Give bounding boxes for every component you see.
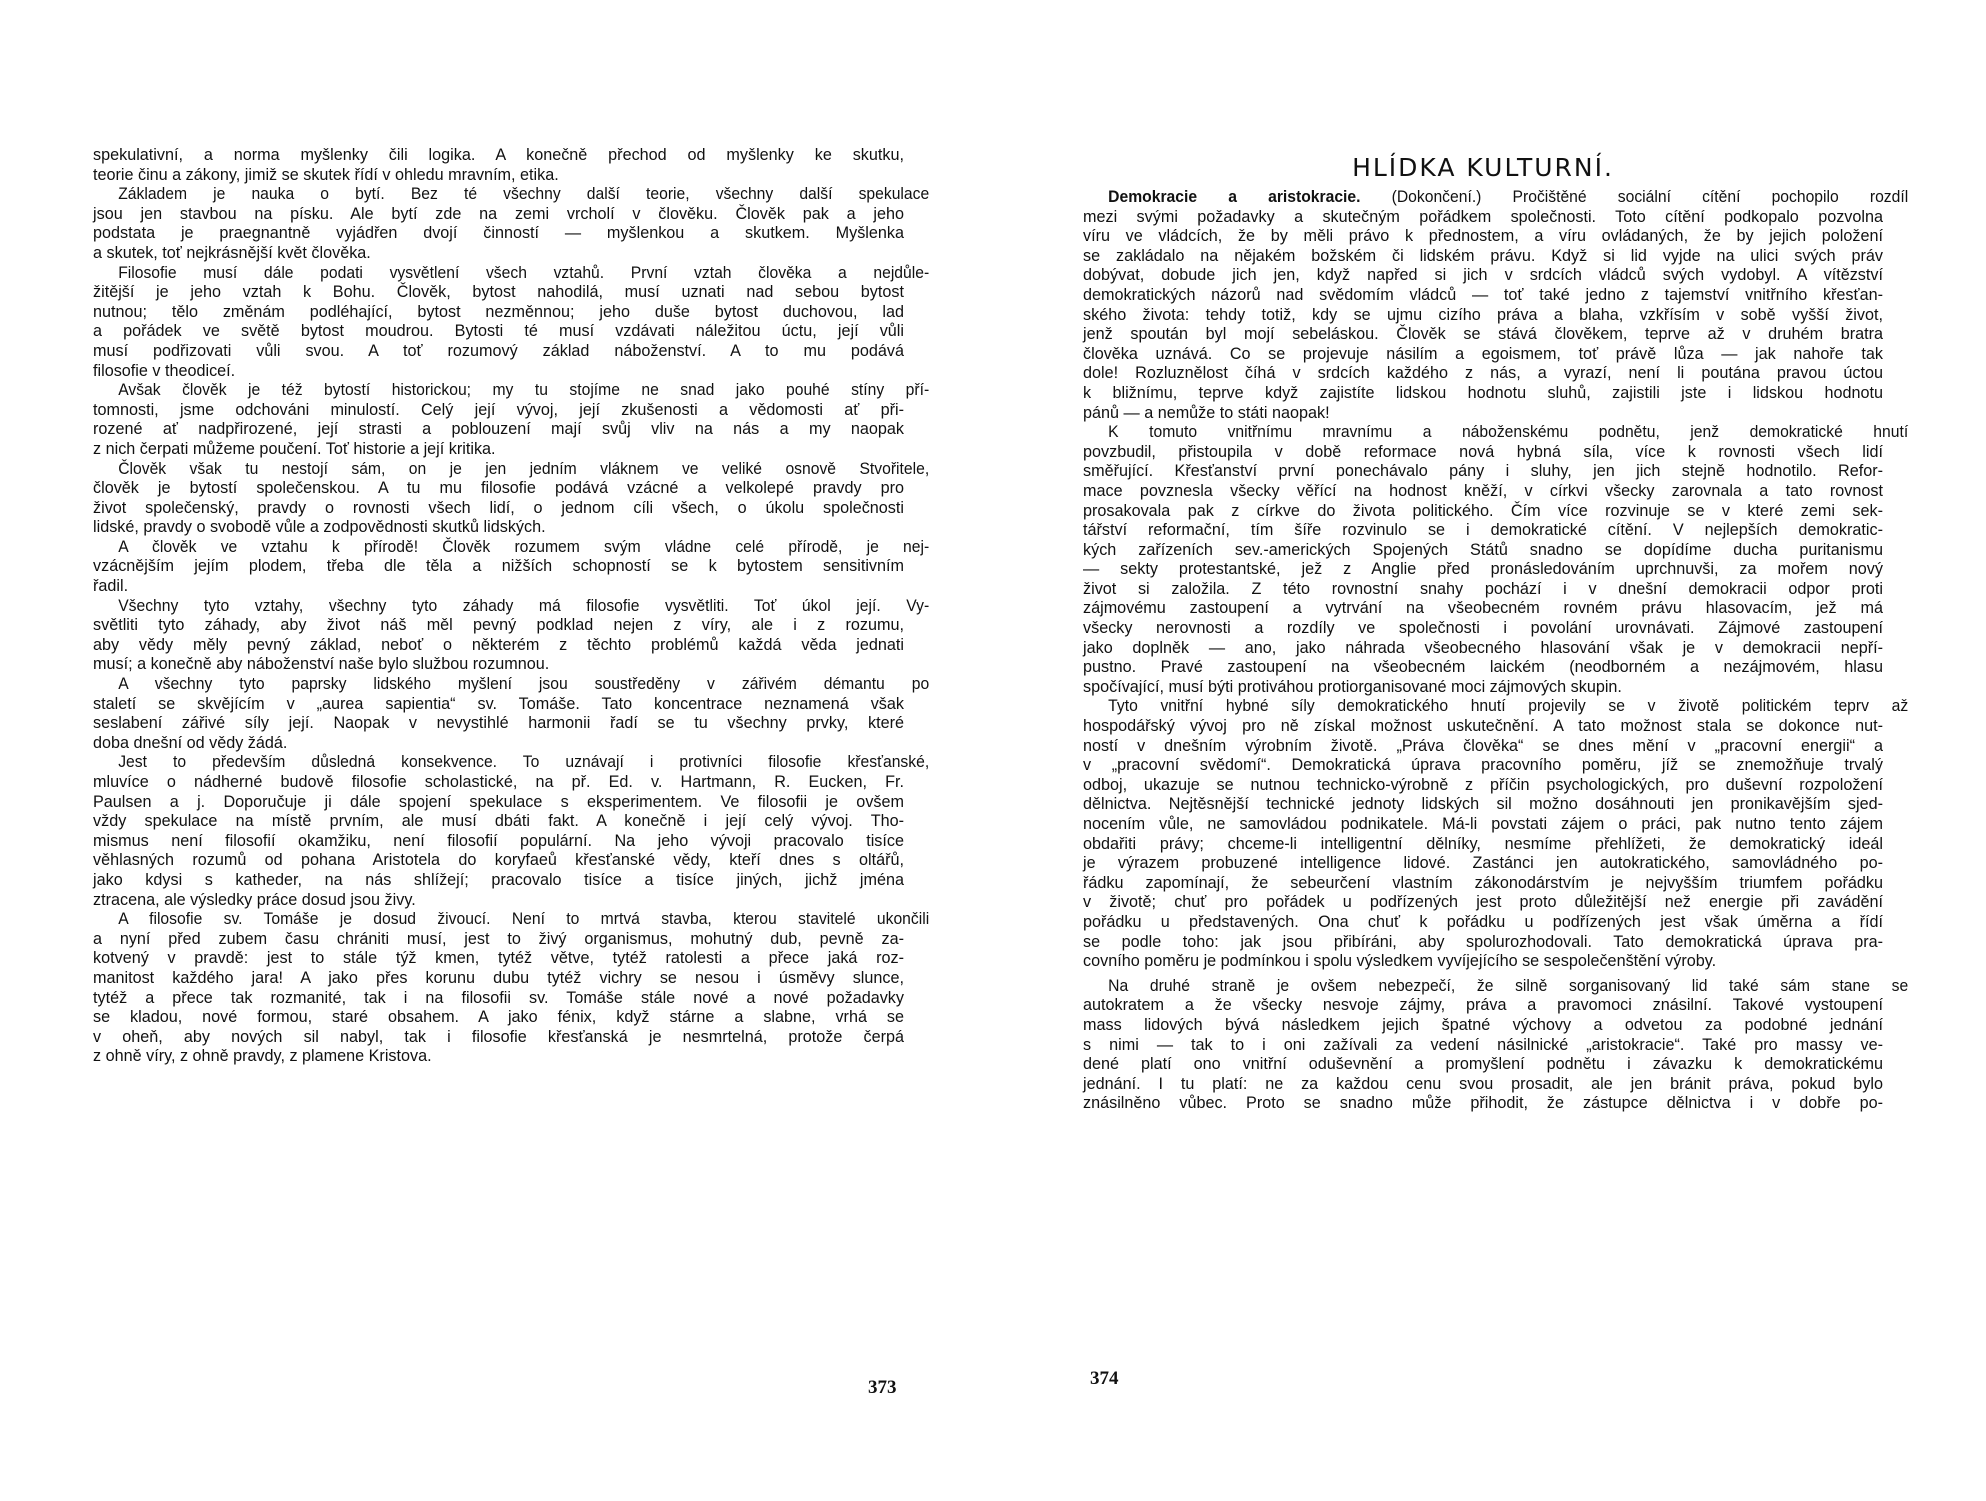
text-line: tářství reformační, tím šíře rozvinulo s… [1083, 521, 1883, 541]
text-line: život si založila. Z této rovnostní snah… [1083, 580, 1883, 600]
text-line: lidské, pravdy o svobodě vůle a zodpověd… [93, 518, 904, 538]
text-line: zájmovému zastoupení a vytrvání na všeob… [1083, 599, 1883, 619]
text-line: manitost každého jara! A jako přes korun… [93, 969, 904, 989]
text-line: věhlasných rozumů od pohana Aristotela d… [93, 851, 904, 871]
text-line: covního poměru je podmínkou i spolu výsl… [1083, 952, 1883, 972]
text-line: k bližnímu, teprve když zajistíte lidsko… [1083, 384, 1883, 404]
text-line: spekulativní, a norma myšlenky čili logi… [93, 146, 904, 166]
text-line: demokratických názorů nad svědomím vládc… [1083, 286, 1883, 306]
article-body: Demokracie a aristokracie. (Dokončení.) … [1083, 188, 1883, 1114]
text-line: jako kdysi s katheder, na nás shlížejí; … [93, 871, 904, 891]
text-line: autokratem a že všecky nesvoje zájmy, pr… [1083, 996, 1883, 1016]
text-line: mezi svými požadavky a skutečným pořádke… [1083, 208, 1883, 228]
text-line: kých zařízeních sev.-amerických Spojenýc… [1083, 541, 1883, 561]
text-line: dole! Rozluznělost číhá v srdcích každéh… [1083, 364, 1883, 384]
text-line: aby vědy měly pevný základ, neboť o někt… [93, 636, 904, 656]
text-line: Paulsen a j. Doporučuje ji dále spojení … [93, 793, 904, 813]
text-line: podstata je praegnantně vyjádřen dvojí č… [93, 224, 904, 244]
text-line: v životě; chuť pro pořádek u podřízených… [1083, 893, 1883, 913]
text-line: žitější je jeho vztah k Bohu. Člověk, by… [93, 283, 904, 303]
text-line: mismus není filosofií okamžiku, není fil… [93, 832, 904, 852]
text-line: Filosofie musí dále podati vysvětlení vš… [93, 264, 929, 284]
journal-title: HLÍDKA KULTURNÍ. [1083, 148, 1883, 188]
text-line: jsou jen stavbou na písku. Ale bytí zde … [93, 205, 904, 225]
text-line: A člověk ve vztahu k přírodě! Člověk roz… [93, 538, 929, 558]
text-line: pánů — a nemůže to státi naopak! [1083, 404, 1883, 424]
text-line: rozené ať nadpřirozené, její strasti a p… [93, 420, 904, 440]
text-line: ského života: tehdy totiž, kdy se ujmu c… [1083, 306, 1883, 326]
text-line: řadil. [93, 577, 904, 597]
text-line: znásilněno vůbec. Proto se snadno může p… [1083, 1094, 1883, 1114]
text-line: a nyní před zubem času chrániti musí, je… [93, 930, 904, 950]
text-line: dené platí ono vnitřní oduševnění a prom… [1083, 1055, 1883, 1075]
text-line: dělnictva. Nejtěsnější technické jednoty… [1083, 795, 1883, 815]
text-line: staletí se skvějícím v „aurea sapientia“… [93, 695, 904, 715]
text-line: v oheň, aby nových sil nabyl, tak i filo… [93, 1028, 904, 1048]
text-line: a skutek, toť nejkrásnější květ člověka. [93, 244, 904, 264]
text-line: ztracena, ale výsledky práce dosud jsou … [93, 891, 904, 911]
text-line: pustno. Pravé zastoupení na všeobecném l… [1083, 658, 1883, 678]
text-line: K tomuto vnitřnímu mravnímu a náboženské… [1083, 423, 1908, 443]
text-line: prosakovala pak z církve do života polit… [1083, 502, 1883, 522]
article-heading: Demokracie a aristokracie. [1108, 188, 1391, 206]
text-line: mace povznesla všecky věřící na hodnost … [1083, 482, 1883, 502]
text-line: obdařiti právy; chceme-li intelligentní … [1083, 835, 1883, 855]
text-line: se kladou, nové formou, staré obsahem. A… [93, 1008, 904, 1028]
text-line: Tyto vnitřní hybné síly demokratického h… [1083, 697, 1908, 717]
text-line: Základem je nauka o bytí. Bez té všechny… [93, 185, 929, 205]
text-line: člověka uznává. Co se projevuje násilím … [1083, 345, 1883, 365]
page-number-right: 374 [1090, 1368, 1119, 1390]
text-line: A filosofie sv. Tomáše je dosud živoucí.… [93, 910, 929, 930]
text-line: mluvíce o nádherné budově filosofie scho… [93, 773, 904, 793]
text-line: — sekty protestantské, jež z Anglie před… [1083, 560, 1883, 580]
text-line: odboj, ukazuje se nutnou technicko-výrob… [1083, 776, 1883, 796]
text-line: tytéž a přece tak rozmanité, tak i na fi… [93, 989, 904, 1009]
text-line: jako doplněk — ano, jako náhrada všeobec… [1083, 639, 1883, 659]
text-line: seslabení zářivé síly její. Naopak v nev… [93, 714, 904, 734]
text-line: Avšak člověk je též bytostí historickou;… [93, 381, 929, 401]
text-line: z nich čerpati můžeme poučení. Toť histo… [93, 440, 904, 460]
text-line: mass lidových bývá následkem jejich špat… [1083, 1016, 1883, 1036]
text-line: Jest to především důsledná konsekvence. … [93, 753, 929, 773]
text-line: a pořádek ve světě bytost moudrou. Bytos… [93, 322, 904, 342]
text-line: se zakládalo na nějakém božském či lidsk… [1083, 247, 1883, 267]
text-line: jednání. I tu platí: ne za každou cenu s… [1083, 1075, 1883, 1095]
text-line: ností v dnešním výrobním životě. „Práva … [1083, 737, 1883, 757]
text-line: světliti tyto záhady, aby život náš měl … [93, 616, 904, 636]
text-line: Demokracie a aristokracie. (Dokončení.) … [1083, 188, 1908, 208]
text-line: je výrazem probuzené intelligence lidové… [1083, 854, 1883, 874]
text-line: všecky nerovnosti a rozdíly ve společnos… [1083, 619, 1883, 639]
text-line: hospodářský vývoj pro ně získal možnost … [1083, 717, 1883, 737]
text-line: musí; a konečně aby náboženství naše byl… [93, 655, 904, 675]
text-line: víru ve vládcích, že by měli právo k pře… [1083, 227, 1883, 247]
text-line: vždy spekulace na místě prvním, ale musí… [93, 812, 904, 832]
text-line: v „pracovní svědomí“. Demokratická úprav… [1083, 756, 1883, 776]
text-line: Člověk však tu nestojí sám, on je jen je… [93, 460, 929, 480]
text-line: se podle toho: jak jsou přibíráni, aby s… [1083, 933, 1883, 953]
text-line: teorie činu a zákony, jimiž se skutek ří… [93, 166, 904, 186]
text-line: pořádku u představených. Ona chuť k pořá… [1083, 913, 1883, 933]
text-line: povzbudil, přistoupila v době reformace … [1083, 443, 1883, 463]
text-line: nutnou; tělo změnám podléhající, bytost … [93, 303, 904, 323]
right-page: HLÍDKA KULTURNÍ. Demokracie a aristokrac… [1083, 146, 1883, 1114]
page-number-left: 373 [868, 1377, 897, 1399]
text-line: filosofie v theodiceí. [93, 362, 904, 382]
text-line: život společenský, pravdy o rovnosti vše… [93, 499, 904, 519]
text-line: musí podřizovati vůli svou. A toť rozumo… [93, 342, 904, 362]
text-line: směřující. Křesťanství první ponechávalo… [1083, 462, 1883, 482]
text-line: Všechny tyto vztahy, všechny tyto záhady… [93, 597, 929, 617]
text-line: člověk je bytostí společenskou. A tu mu … [93, 479, 904, 499]
text-line: z ohně víry, z ohně pravdy, z plamene Kr… [93, 1047, 904, 1067]
text-line: kotvený v pravdě: jest to stále týž kmen… [93, 949, 904, 969]
left-page: spekulativní, a norma myšlenky čili logi… [93, 146, 904, 1067]
text-line: tomnosti, jsme odchováni minulostí. Celý… [93, 401, 904, 421]
text-line: A všechny tyto paprsky lidského myšlení … [93, 675, 929, 695]
text-line: řádku zapomínají, že sebeurčení vlastním… [1083, 874, 1883, 894]
text-line: spočívající, musí býti protiváhou protio… [1083, 678, 1883, 698]
text-line: vzácnějším jejím plodem, třeba dle těla … [93, 557, 904, 577]
text-line: jenž spoután byl mojí sebeláskou. Člověk… [1083, 325, 1883, 345]
text-line: doba dnešní od vědy žádá. [93, 734, 904, 754]
text-line: dobývat, dobude jich jen, když napřed si… [1083, 266, 1883, 286]
text-line: s nimi — tak to i oni zažívali za vedení… [1083, 1036, 1883, 1056]
text-line: Na druhé straně je ovšem nebezpečí, že s… [1083, 977, 1908, 997]
text-line: nocením vůle, ne samovládou podnikatele.… [1083, 815, 1883, 835]
